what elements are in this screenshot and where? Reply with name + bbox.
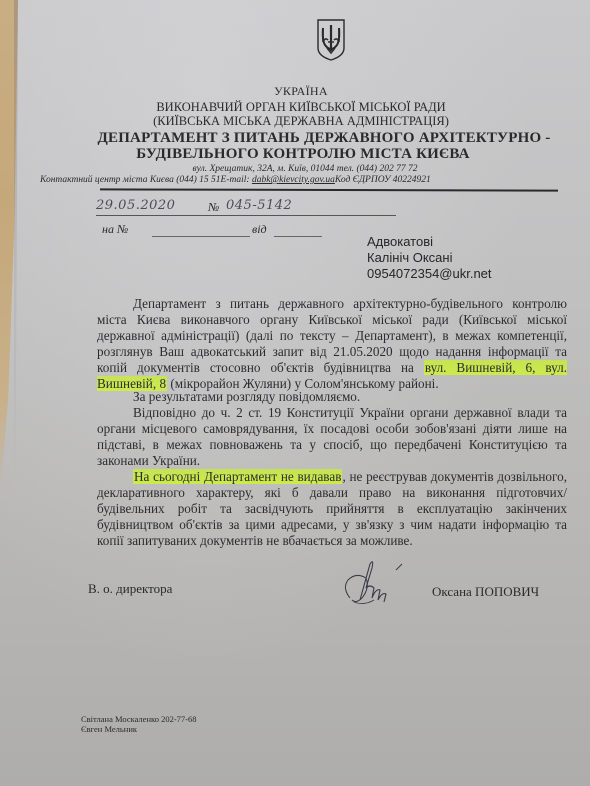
recipient-title: Адвокатові	[367, 234, 492, 250]
reply-date-blank	[274, 236, 322, 237]
registration-number-label: №	[208, 200, 219, 215]
contact-prefix: Контактний центр міста Києва (044) 15 51…	[40, 175, 252, 185]
body-paragraph-3: Відповідно до ч. 2 ст. 19 Конституції Ук…	[97, 405, 567, 469]
edrpou-code: Код ЄДРПОУ 40224921	[335, 175, 431, 185]
recipient-block: Адвокатові Калініч Оксані 0954072354@ukr…	[367, 234, 492, 282]
executor-footer: Світлана Москаленко 202-77-68 Євген Мель…	[81, 714, 197, 734]
registration-date: 29.05.2020	[96, 198, 175, 213]
registration-number: 045-5142	[226, 198, 292, 213]
letterhead-department-line1: ДЕПАРТАМЕНТ З ПИТАНЬ ДЕРЖАВНОГО АРХІТЕКТ…	[44, 130, 590, 147]
body-paragraph-2: За результатами розгляду повідомляємо.	[97, 389, 567, 405]
contact-email-link[interactable]: dabk@kievcity.gov.ua	[252, 175, 335, 185]
letterhead-country: УКРАЇНА	[6, 84, 590, 99]
executor-line-1: Світлана Москаленко 202-77-68	[81, 714, 197, 724]
body-paragraph-4: На сьогодні Департамент не видавав, не р…	[97, 469, 567, 549]
signature-icon	[340, 558, 420, 608]
signatory-title: В. о. директора	[88, 581, 172, 597]
reply-number-blank	[152, 236, 250, 237]
number-underline	[216, 215, 396, 216]
letterhead-contact: Контактний центр міста Києва (044) 15 51…	[40, 175, 590, 185]
reply-from-label: від	[252, 222, 267, 237]
letterhead-address: вул. Хрещатик, 32А, м. Київ, 01044 тел. …	[10, 164, 590, 174]
reply-to-label: на №	[102, 222, 128, 237]
body-paragraph-1: Департамент з питань державного архітект…	[97, 296, 567, 392]
signatory-name: Оксана ПОПОВИЧ	[432, 584, 539, 600]
coat-of-arms-icon	[316, 18, 346, 62]
recipient-name: Калініч Оксані	[367, 250, 492, 266]
statement-highlight: На сьогодні Департамент не видавав	[133, 469, 342, 484]
letterhead-org-line1: ВИКОНАВЧИЙ ОРГАН КИЇВСЬКОЇ МІСЬКОЇ РАДИ	[6, 100, 590, 115]
recipient-email: 0954072354@ukr.net	[367, 266, 492, 282]
executor-line-2: Євген Мельник	[81, 724, 197, 734]
letterhead-department-line2: БУДІВЕЛЬНОГО КОНТРОЛЮ МІСТА КИЄВА	[8, 146, 590, 163]
letterhead-org-line2: (КИЇВСЬКА МІСЬКА ДЕРЖАВНА АДМІНІСТРАЦІЯ)	[6, 114, 590, 129]
